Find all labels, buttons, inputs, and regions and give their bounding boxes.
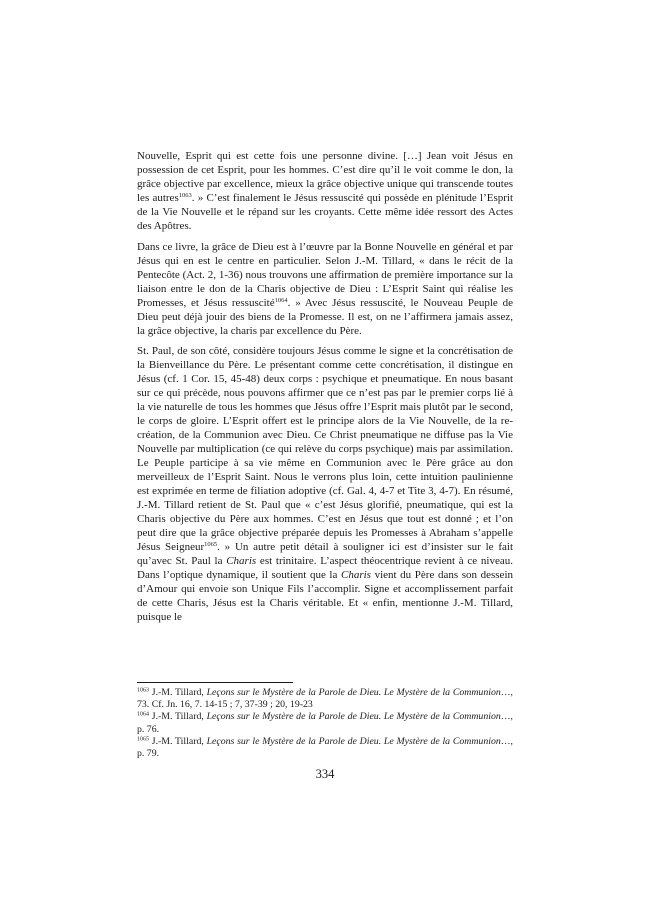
- footnote-reference: 1064: [275, 297, 288, 304]
- italic-text: Leçons sur le Mystère de la Parole de Di…: [207, 711, 501, 722]
- text-run: . » C’est finalement le Jésus ressuscité…: [137, 192, 513, 232]
- body-text: Nouvelle, Esprit qui est cette fois une …: [137, 149, 513, 631]
- paragraph: St. Paul, de son côté, considère toujour…: [137, 344, 513, 624]
- italic-text: Leçons sur le Mystère de la Parole de Di…: [207, 687, 501, 698]
- footnote-number: 1064: [137, 712, 149, 718]
- text-run: J.-M. Tillard,: [149, 736, 207, 747]
- footnote-separator: [137, 682, 293, 683]
- italic-text: Charis: [226, 555, 256, 567]
- footnote: 1065 J.-M. Tillard, Leçons sur le Mystèr…: [137, 736, 513, 760]
- footnotes-section: 1063 J.-M. Tillard, Leçons sur le Mystèr…: [137, 687, 513, 760]
- footnote-number: 1065: [137, 736, 149, 742]
- text-run: J.-M. Tillard,: [149, 711, 207, 722]
- footnote: 1063 J.-M. Tillard, Leçons sur le Mystèr…: [137, 687, 513, 711]
- italic-text: Charis: [341, 569, 371, 581]
- text-run: St. Paul, de son côté, considère toujour…: [137, 345, 513, 553]
- footnote: 1064 J.-M. Tillard, Leçons sur le Mystèr…: [137, 711, 513, 735]
- page-number: 334: [0, 767, 650, 781]
- text-run: J.-M. Tillard,: [149, 687, 207, 698]
- footnote-reference: 1065: [204, 541, 217, 548]
- document-page: Nouvelle, Esprit qui est cette fois une …: [0, 0, 650, 920]
- footnote-number: 1063: [137, 688, 149, 694]
- footnote-reference: 1063: [179, 192, 192, 199]
- italic-text: Leçons sur le Mystère de la Parole de Di…: [207, 736, 501, 747]
- paragraph: Dans ce livre, la grâce de Dieu est à l’…: [137, 240, 513, 338]
- paragraph: Nouvelle, Esprit qui est cette fois une …: [137, 149, 513, 233]
